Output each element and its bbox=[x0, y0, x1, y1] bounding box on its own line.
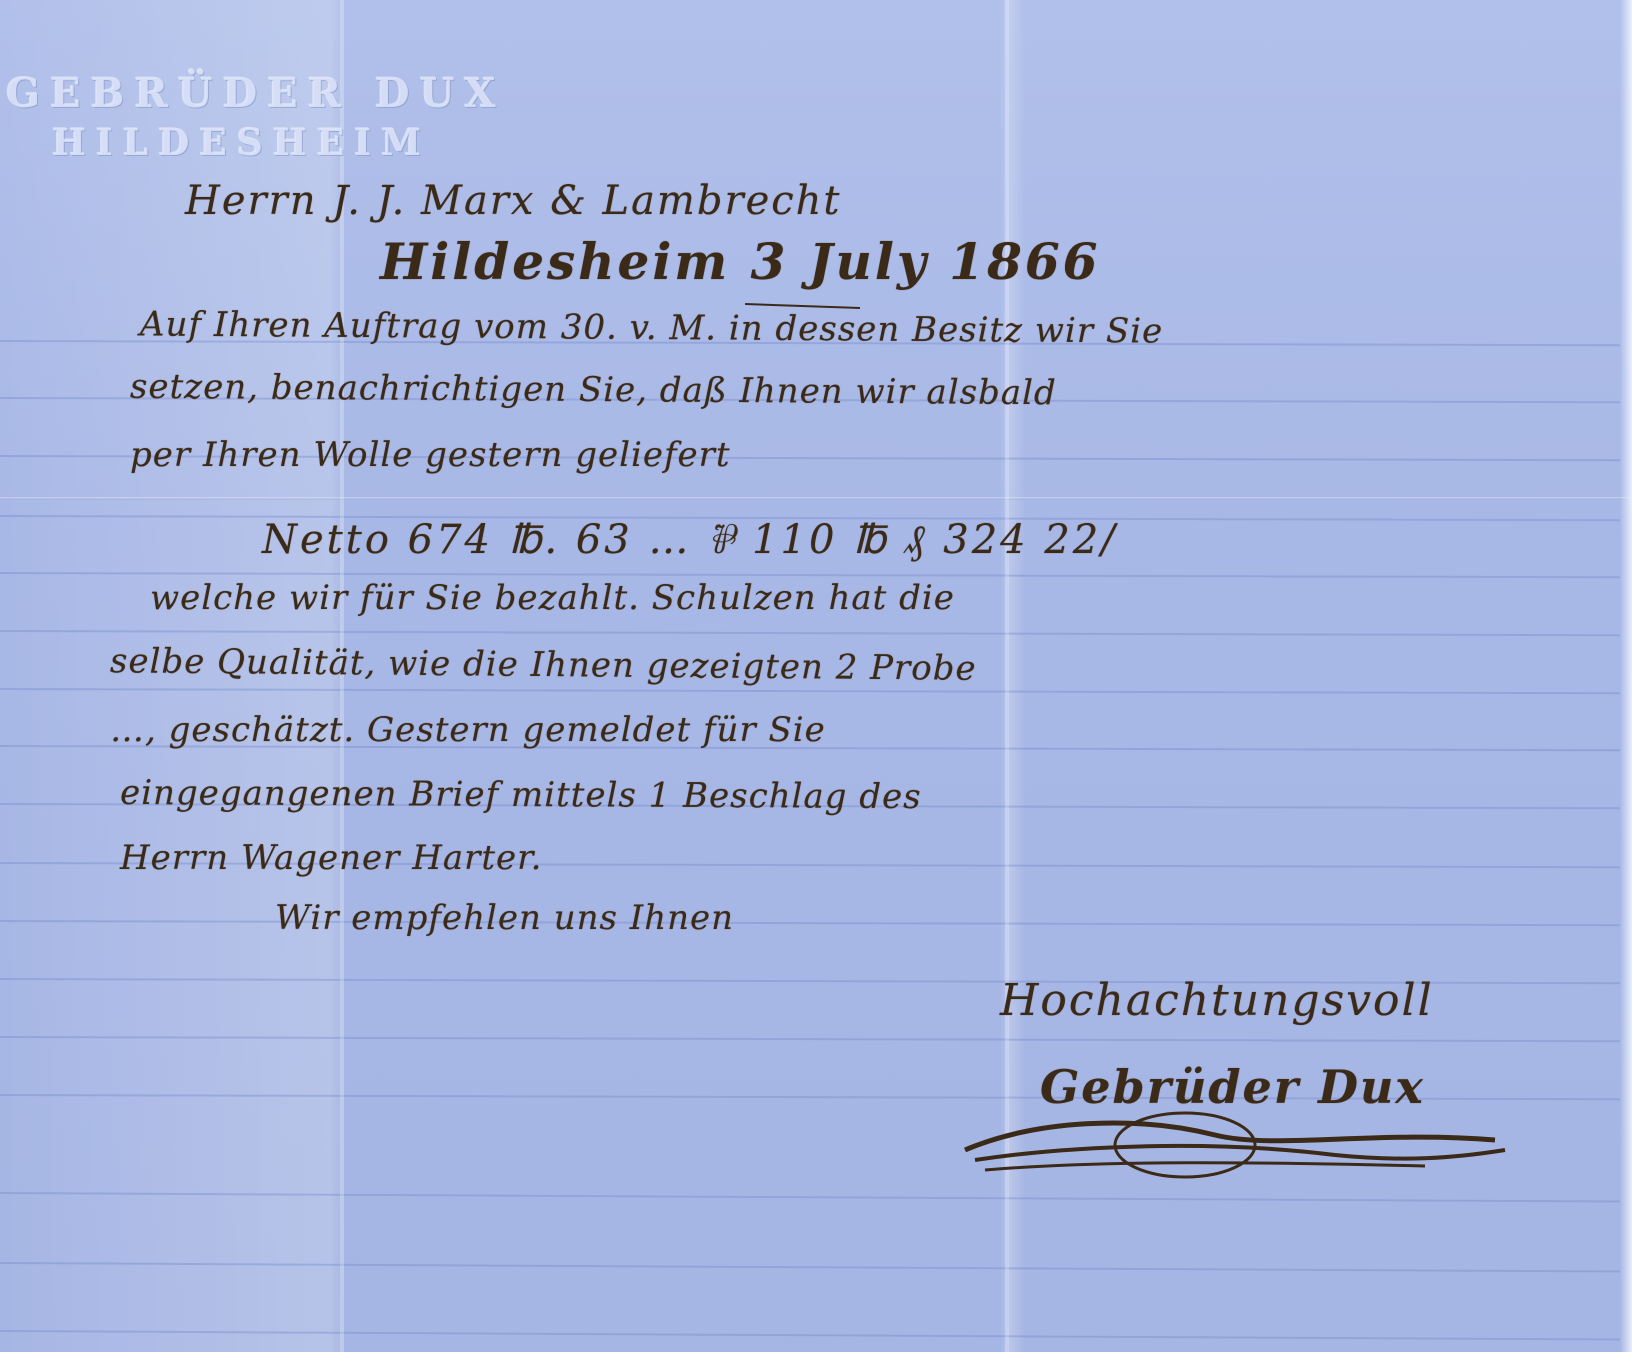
place-date: Hildesheim 3 July 1866 bbox=[380, 232, 1100, 291]
signature-greeting: Hochachtungsvoll bbox=[1000, 975, 1434, 1026]
addressee: Herrn J. J. Marx & Lambrecht bbox=[185, 178, 842, 224]
letterhead-company: GEBRÜDER DUX bbox=[6, 70, 506, 117]
signature-flourish-icon bbox=[955, 1100, 1515, 1200]
paper-edge bbox=[1620, 0, 1632, 1352]
body-line: …, geschätzt. Gestern gemeldet für Sie bbox=[110, 710, 826, 750]
body-line: welche wir für Sie bezahlt. Schulzen hat… bbox=[150, 578, 955, 618]
letterhead-city: HILDESHEIM bbox=[52, 122, 431, 164]
closing: Wir empfehlen uns Ihnen bbox=[275, 898, 734, 938]
body-line: Auf Ihren Auftrag vom 30. v. M. in desse… bbox=[140, 304, 1163, 351]
body-line: selbe Qualität, wie die Ihnen gezeigten … bbox=[110, 641, 977, 689]
body-line: eingegangenen Brief mittels 1 Beschlag d… bbox=[120, 773, 922, 817]
body-line: Herrn Wagener Harter. bbox=[120, 838, 543, 878]
paper-fold-horizontal bbox=[0, 497, 1632, 500]
body-line: per Ihren Wolle gestern geliefert bbox=[130, 435, 731, 475]
body-line: setzen, benachrichtigen Sie, daß Ihnen w… bbox=[130, 367, 1057, 413]
amount-line: Netto 674 ℔. 63 … ⅌ 110 ℔ ₰ 324 22/ bbox=[262, 510, 1118, 565]
